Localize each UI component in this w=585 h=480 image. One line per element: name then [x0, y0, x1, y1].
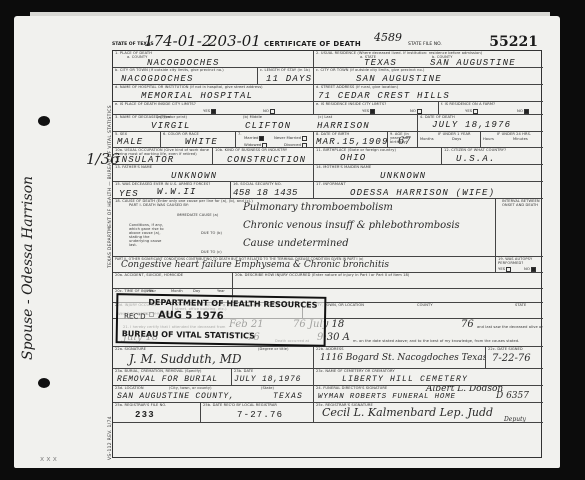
marital-married[interactable]: Married	[244, 135, 264, 141]
no-label: NO	[524, 266, 530, 271]
field-burial: 23a. BURIAL, CREMATION, REMOVAL (Specify…	[113, 369, 232, 386]
registrar-signature: Cecil L. Kalmenbard Lep. Judd	[322, 406, 493, 419]
label: IF UNDER 24 HRS.	[497, 132, 531, 136]
residence-inside-yes[interactable]: YES	[362, 108, 375, 114]
father-value: UNKNOWN	[171, 171, 217, 181]
field-ssn: 16. SOCIAL SECURITY NO. 458 18 1435	[231, 182, 314, 199]
last-name-value: HARRISON	[317, 121, 370, 131]
stamp-department: DEPARTMENT OF HEALTH RESOURCES	[148, 298, 317, 310]
checkbox-checked[interactable]	[211, 109, 216, 114]
war-value: W.W.II	[157, 187, 197, 197]
immediate-cause-value: Pulmonary thromboembolism	[243, 202, 393, 213]
physician-signature: J. M. Sudduth, MD	[129, 352, 242, 366]
checkbox-checked[interactable]	[531, 267, 536, 272]
label: 12. CITIZEN OF WHAT COUNTRY?	[444, 148, 506, 152]
label: 17. INFORMANT	[316, 182, 346, 186]
yes-label: YES	[203, 108, 210, 113]
field-occupation: 10a. USUAL OCCUPATION (Give kind of work…	[113, 148, 213, 165]
sex-value: MALE	[117, 137, 143, 147]
label: 13. FATHER'S NAME	[115, 165, 152, 169]
punch-hole-top	[38, 116, 50, 126]
certificate-form: 1. PLACE OF DEATH a. COUNTY NACOGDOCHES …	[112, 50, 542, 458]
label: Minutes	[513, 137, 528, 141]
punch-hole-bottom	[38, 378, 50, 388]
date-of-death-value: JULY 18,1976	[432, 120, 511, 130]
field-injury-location: 20f. CITY, TOWN, OR LOCATION COUNTY STAT…	[303, 303, 543, 319]
dob-value: MAR.15,1909	[316, 137, 388, 147]
residence-county-value: SAN AUGUSTINE	[430, 58, 516, 68]
field-length-of-stay: c. LENGTH OF STAY (in 1b) 11 DAYS	[258, 68, 314, 85]
label: 23a. BURIAL, CREMATION, REMOVAL (Specify…	[115, 369, 202, 373]
field-physician-address: 22b. ADDRESS 1116 Bogard St. Nacogdoches…	[314, 347, 486, 369]
checkbox[interactable]	[506, 267, 511, 272]
field-other-conditions: PART II. OTHER SIGNIFICANT CONDITIONS CO…	[113, 257, 496, 273]
field-informant: 17. INFORMANT ODESSA HARRISON (WIFE)	[314, 182, 543, 199]
field-residence-state-county: 2. USUAL RESIDENCE (Where deceased lived…	[314, 51, 543, 68]
physician-address: 1116 Bogard St. Nacogdoches Texas	[320, 353, 486, 363]
stamp-date: AUG 5 1976	[158, 310, 224, 322]
label: 6. COLOR OR RACE	[163, 132, 199, 136]
label: INTERVAL BETWEEN ONSET AND DEATH	[502, 199, 542, 207]
label: d. NAME OF HOSPITAL OR INSTITUTION (If n…	[115, 85, 263, 89]
attend-year-2: 76	[461, 319, 474, 330]
ssn-value: 458 18 1435	[233, 188, 298, 198]
field-residence-farm: f. IS RESIDENCE ON A FARM? YES NO	[439, 102, 543, 115]
label: Hours	[483, 137, 494, 141]
label: 16. SOCIAL SECURITY NO.	[233, 182, 282, 186]
label: Year	[217, 289, 225, 293]
field-interval: INTERVAL BETWEEN ONSET AND DEATH	[496, 199, 543, 257]
label: 4. DATE OF DEATH	[420, 115, 455, 119]
checkbox-checked[interactable]	[370, 109, 375, 114]
label: 2. USUAL RESIDENCE (Where deceased lived…	[316, 51, 482, 55]
due-to-b-value: Chronic venous insuff & phlebothrombosis	[243, 220, 460, 231]
field-date-of-birth: 8. DATE OF BIRTH MAR.15,1909	[314, 132, 388, 148]
autopsy-no[interactable]: NO	[524, 266, 536, 272]
field-registrar-date: 25b. DATE REC'D BY LOCAL REGISTRAR 7-27.…	[201, 403, 314, 423]
informant-value: ODESSA HARRISON (WIFE)	[350, 188, 495, 198]
label: 8. DATE OF BIRTH	[316, 132, 349, 136]
label: (City, town, or county)	[169, 386, 212, 390]
checkbox[interactable]	[270, 109, 275, 114]
field-physician-signature: 22a. SIGNATURE (Degree or title) J. M. S…	[113, 347, 314, 369]
label: 23b. DATE	[234, 369, 253, 373]
birthplace-value: OHIO	[340, 153, 366, 163]
age-value: 67	[398, 136, 411, 147]
label: 22a. SIGNATURE	[115, 347, 146, 351]
label: Day	[193, 289, 200, 293]
funeral-license-value: D 6357	[496, 391, 529, 401]
autopsy-yes[interactable]: YES	[498, 266, 511, 272]
field-date-of-death: 4. DATE OF DEATH JULY 18,1976	[418, 115, 543, 132]
field-decedent-name: 3. NAME OF DECEASED (Type or print) (a) …	[113, 115, 418, 132]
stamp-received: REC'D	[124, 312, 146, 320]
option-label: Widowed	[244, 142, 261, 147]
due-to-c-value: Cause undetermined	[243, 238, 349, 249]
field-birthplace: 11. BIRTHPLACE (State or foreign country…	[314, 148, 442, 165]
label: 7.	[238, 132, 242, 136]
label: 23d. LOCATION	[115, 386, 144, 390]
first-name-value: VIRGIL	[151, 121, 191, 131]
label: 23c. NAME OF CEMETERY OR CREMATORY	[316, 369, 395, 373]
field-citizen: 12. CITIZEN OF WHAT COUNTRY? U.S.A.	[442, 148, 543, 165]
label: 19. WAS AUTOPSY PERFORMED?	[498, 257, 542, 265]
label: m. on the date stated above; and to the …	[353, 339, 519, 343]
funeral-home-value: WYMAN ROBERTS FUNERAL HOME	[318, 393, 456, 401]
checkbox[interactable]	[473, 109, 478, 114]
label: (Degree or title)	[258, 347, 289, 351]
registrar-deputy: Deputy	[504, 416, 526, 423]
cemetery-value: LIBERTY HILL CEMETERY	[342, 375, 468, 384]
checkbox[interactable]	[302, 143, 307, 148]
checkbox[interactable]	[302, 136, 307, 141]
field-injury-description: 20b. DESCRIBE HOW INJURY OCCURRED (Enter…	[233, 273, 543, 289]
farm-no[interactable]: NO	[517, 108, 529, 114]
field-mother-name: 14. MOTHER'S MAIDEN NAME UNKNOWN	[314, 165, 543, 182]
option-label: Married	[244, 135, 258, 140]
armed-forces-value: YES	[119, 189, 139, 199]
label: f. IS RESIDENCE ON A FARM?	[441, 102, 495, 106]
field-armed-forces: 15. WAS DECEASED EVER IN U.S. ARMED FORC…	[113, 182, 231, 199]
residence-inside-no[interactable]: NO	[410, 108, 422, 114]
label: 5. SEX	[115, 132, 127, 136]
citizen-value: U.S.A.	[456, 154, 496, 164]
label: DUE TO (b)	[201, 231, 222, 235]
label: 20b. DESCRIBE HOW INJURY OCCURRED (Enter…	[235, 273, 409, 277]
location-value: SAN AUGUSTINE COUNTY,	[117, 392, 235, 401]
marital-widowed[interactable]: Widowed	[244, 142, 267, 148]
paper-edge	[30, 12, 550, 16]
field-marital-status: 7. Married Never Married Widowed Divorce…	[236, 132, 314, 148]
field-date-signed: 22c. DATE SIGNED 7-22-76	[486, 347, 543, 369]
state-file-label: STATE FILE NO.	[408, 42, 442, 47]
label: c. LENGTH OF STAY (in 1b)	[260, 68, 310, 72]
field-autopsy: 19. WAS AUTOPSY PERFORMED? YES NO	[496, 257, 543, 273]
hospital-value: MEMORIAL HOSPITAL	[141, 91, 253, 101]
field-street-address: d. STREET ADDRESS (If rural, give locati…	[314, 85, 543, 102]
field-father-name: 13. FATHER'S NAME UNKNOWN	[113, 165, 314, 182]
label: a. COUNTY	[127, 55, 147, 59]
label: d. STREET ADDRESS (If rural, give locati…	[316, 85, 398, 89]
label: and last saw the deceased alive on	[477, 325, 543, 329]
label: c. CITY OR TOWN (If outside city limits,…	[316, 68, 425, 72]
disposition-date-value: JULY 18,1976	[234, 375, 301, 384]
handwritten-code-3: 4589	[374, 31, 402, 44]
label: PART I. DEATH WAS CAUSED BY:	[129, 203, 189, 207]
label: (b) Middle	[243, 115, 262, 119]
label: 22b. ADDRESS	[316, 347, 344, 351]
date-signed-value: 7-22-76	[492, 353, 531, 364]
field-disposition-location: 23d. LOCATION (City, town, or county) (S…	[113, 386, 314, 403]
mother-value: UNKNOWN	[380, 171, 426, 181]
marital-divorced[interactable]: Divorced	[284, 142, 307, 148]
burial-value: REMOVAL FOR BURIAL	[117, 375, 218, 384]
field-death-county: 1. PLACE OF DEATH a. COUNTY NACOGDOCHES	[113, 51, 314, 68]
residence-city-value: SAN AUGUSTINE	[356, 74, 442, 84]
field-cemetery: 23c. NAME OF CEMETERY OR CREMATORY LIBER…	[314, 369, 543, 386]
registrar-date-value: 7-27.76	[237, 410, 283, 420]
field-residence-inside-city: e. IS RESIDENCE INSIDE CITY LIMITS? YES …	[314, 102, 439, 115]
label: (c) Last	[318, 115, 332, 119]
label: 24. FUNERAL DIRECTOR'S SIGNATURE	[316, 386, 387, 390]
label: IF UNDER 1 YEAR	[438, 132, 471, 136]
field-race: 6. COLOR OR RACE WHITE	[161, 132, 236, 148]
label: DUE TO (c)	[201, 250, 222, 254]
no-label: NO	[263, 108, 269, 113]
certificate-title: CERTIFICATE OF DEATH	[264, 40, 361, 48]
registrar-file-value: 233	[135, 410, 155, 420]
death-inside-no[interactable]: NO	[263, 108, 275, 114]
other-conditions-value: Congestive heart failure Emphysema & Chr…	[121, 260, 389, 270]
label: (a) First	[157, 115, 172, 119]
field-cause-of-death: 18. CAUSE OF DEATH (Enter only one cause…	[113, 199, 496, 257]
field-industry: 10b. KIND OF BUSINESS OR INDUSTRY CONSTR…	[213, 148, 314, 165]
field-disposition-date: 23b. DATE JULY 18,1976	[232, 369, 314, 386]
received-stamp: DEPARTMENT OF HEALTH RESOURCES REC'D AUG…	[116, 293, 327, 347]
field-age: 9. AGE (In years last birthday) 67	[388, 132, 418, 148]
checkbox-checked[interactable]	[524, 109, 529, 114]
death-county-value: NACOGDOCHES	[147, 58, 220, 68]
label: 22c. DATE SIGNED	[488, 347, 523, 351]
field-death-inside-city: e. IS PLACE OF DEATH INSIDE CITY LIMITS?…	[113, 102, 314, 115]
field-residence-city: c. CITY OR TOWN (If outside city limits,…	[314, 68, 543, 85]
field-registrar-signature: 25c. REGISTRAR'S SIGNATURE Cecil L. Kalm…	[314, 403, 543, 423]
stay-value: 11 DAYS	[266, 74, 312, 84]
label: Months	[420, 137, 434, 141]
no-label: NO	[410, 108, 416, 113]
farm-yes[interactable]: YES	[465, 108, 478, 114]
label: Hour	[147, 289, 156, 293]
field-registrar-file: 25a. REGISTRAR'S FILE NO. 233	[113, 403, 201, 423]
middle-name-value: CLIFTON	[245, 121, 291, 131]
label: Days	[452, 137, 461, 141]
occupation-value: INSULATOR	[115, 155, 174, 165]
handwritten-code-2: 203-01	[208, 32, 261, 50]
label: 20a. ACCIDENT, SUICIDE, HOMICIDE	[115, 273, 183, 277]
label: 10b. KIND OF BUSINESS OR INDUSTRY	[215, 148, 287, 152]
label: IMMEDIATE CAUSE (a)	[177, 213, 218, 217]
checkbox[interactable]	[262, 143, 267, 148]
street-value: 71 CEDAR CREST HILLS	[318, 91, 450, 101]
label: 25b. DATE REC'D BY LOCAL REGISTRAR	[203, 403, 277, 407]
bottom-mark: x x x	[40, 455, 57, 463]
yes-label: YES	[362, 108, 369, 113]
label: b. CITY OR TOWN (If outside city limits,…	[115, 68, 224, 72]
option-label: Divorced	[284, 142, 301, 147]
label: STATE	[515, 303, 526, 307]
no-label: NO	[517, 108, 523, 113]
label: Month	[171, 289, 183, 293]
label: e. IS PLACE OF DEATH INSIDE CITY LIMITS?	[115, 102, 196, 106]
field-under-24-hours: IF UNDER 24 HRS. Hours Minutes	[481, 132, 543, 148]
certificate-header: STATE OF TEXAS 174-01-2 203-01 CERTIFICA…	[112, 36, 542, 50]
marital-never[interactable]: Never Married	[274, 135, 307, 141]
race-value: WHITE	[185, 137, 218, 147]
label: COUNTY	[417, 303, 433, 307]
death-city-value: NACOGDOCHES	[121, 74, 194, 84]
handwritten-code-1: 174-01-2	[144, 32, 211, 50]
label: (State)	[261, 386, 274, 390]
location-state-value: TEXAS	[273, 392, 303, 401]
field-death-city: b. CITY OR TOWN (If outside city limits,…	[113, 68, 258, 85]
yes-label: YES	[465, 108, 472, 113]
label: 11. BIRTHPLACE (State or foreign country…	[316, 148, 396, 152]
stamp-bureau: BUREAU OF VITAL STATISTICS	[122, 329, 255, 340]
option-label: Never Married	[274, 135, 301, 140]
field-hospital: d. NAME OF HOSPITAL OR INSTITUTION (If n…	[113, 85, 314, 102]
field-under-1-year: IF UNDER 1 YEAR Months Days	[418, 132, 481, 148]
field-sex: 5. SEX MALE	[113, 132, 161, 148]
residence-state-value: TEXAS	[364, 58, 397, 68]
field-accident: 20a. ACCIDENT, SUICIDE, HOMICIDE	[113, 273, 233, 289]
field-funeral-director: 24. FUNERAL DIRECTOR'S SIGNATURE Albert …	[314, 386, 543, 403]
label: 3. NAME OF DECEASED (Type or print)	[115, 115, 187, 119]
state-file-number: 55221	[489, 34, 538, 50]
label: 25a. REGISTRAR'S FILE NO.	[115, 403, 166, 407]
spouse-note: Spouse - Odessa Harrison	[20, 176, 36, 360]
yes-label: YES	[498, 266, 505, 271]
label: 15. WAS DECEASED EVER IN U.S. ARMED FORC…	[115, 182, 210, 186]
checkbox-checked[interactable]	[259, 136, 264, 141]
label: Conditions, if any, which gave rise to a…	[129, 223, 169, 247]
death-inside-yes[interactable]: YES	[203, 108, 216, 114]
label: 14. MOTHER'S MAIDEN NAME	[316, 165, 371, 169]
industry-value: CONSTRUCTION	[227, 155, 306, 165]
checkbox[interactable]	[417, 109, 422, 114]
label: e. IS RESIDENCE INSIDE CITY LIMITS?	[316, 102, 386, 106]
